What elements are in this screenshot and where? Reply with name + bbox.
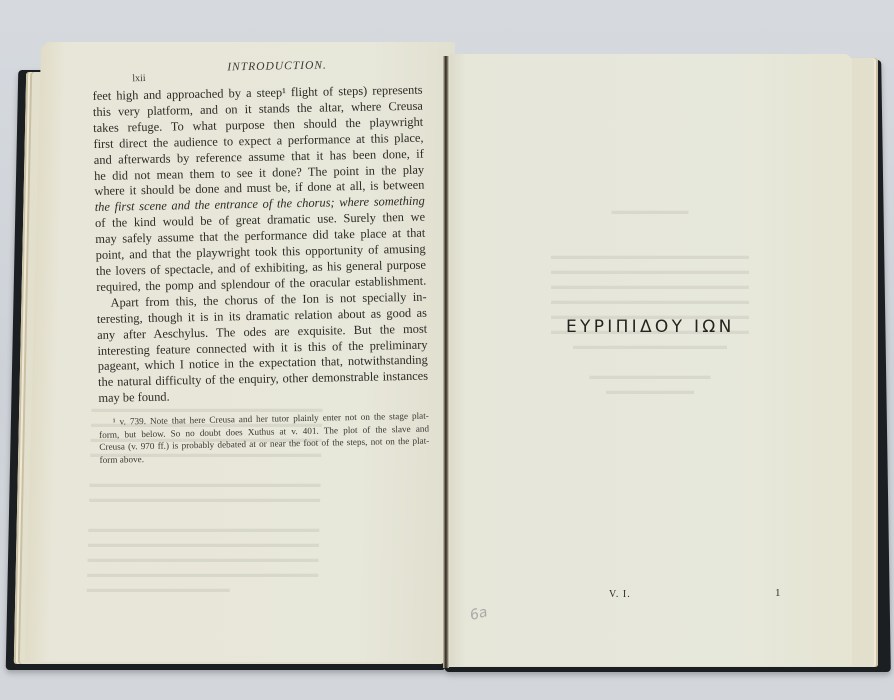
- book-gutter: [443, 56, 449, 668]
- title-heading: ΕΥΡΙΠΙΔΟΥ ΙΩΝ: [566, 317, 735, 337]
- signature-mark: V. I.: [609, 589, 631, 600]
- footnote: ¹ v. 739. Note that here Creusa and her …: [99, 410, 430, 466]
- paragraph-2: Apart from this, the chorus of the Ion i…: [96, 289, 428, 407]
- left-page-text: INTRODUCTION. lxii feet high and approac…: [92, 58, 430, 466]
- paragraph-1: feet high and approached by a steep¹ fli…: [92, 83, 426, 296]
- body-text: feet high and approached by a steep¹ fli…: [92, 83, 428, 407]
- page-number-right: 1: [775, 587, 781, 599]
- show-through-text: ▬▬▬▬▬▬▬▬▬▬▬▬▬▬▬▬▬▬▬▬▬▬▬▬▬▬▬▬▬▬▬▬▬▬▬▬▬▬▬▬…: [530, 204, 770, 399]
- right-page: ▬▬▬▬▬▬▬▬▬▬▬▬▬▬▬▬▬▬▬▬▬▬▬▬▬▬▬▬▬▬▬▬▬▬▬▬▬▬▬▬…: [450, 54, 852, 666]
